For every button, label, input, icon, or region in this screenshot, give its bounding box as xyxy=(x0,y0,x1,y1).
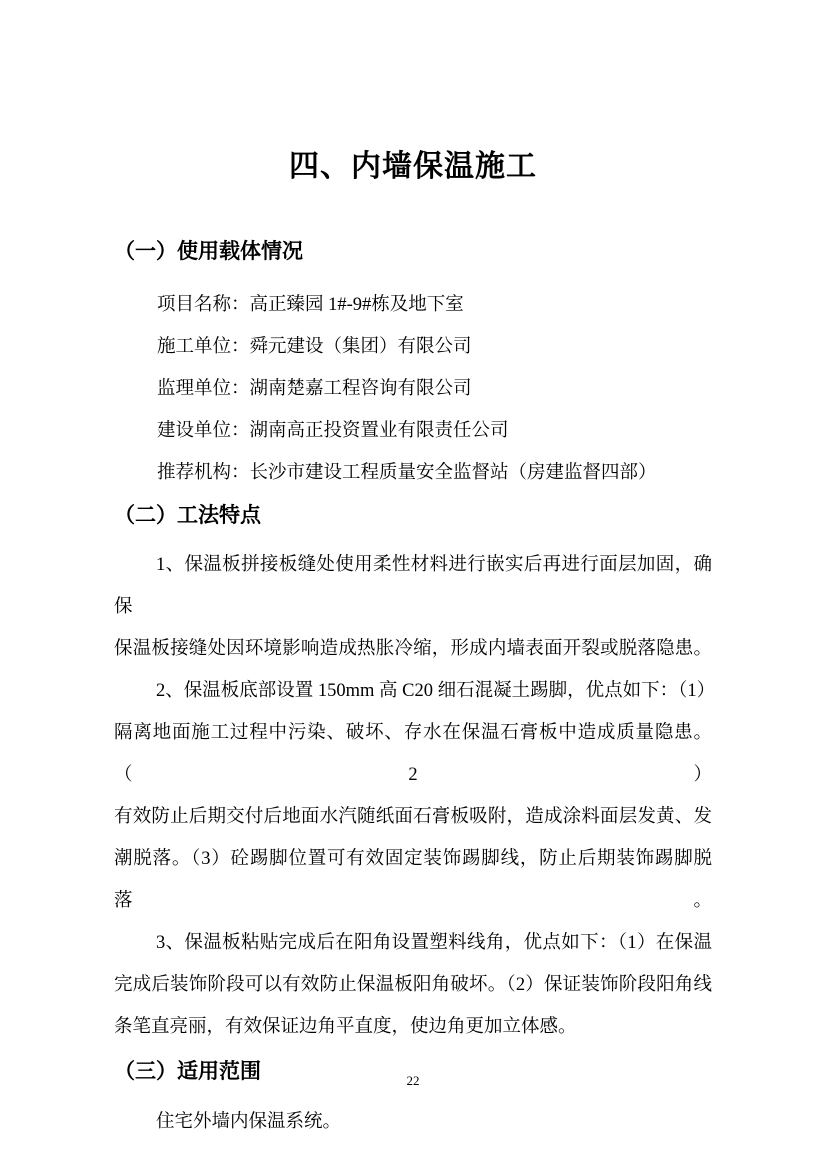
paragraph-line: 1、保温板拼接板缝处使用柔性材料进行嵌实后再进行面层加固，确保 xyxy=(114,544,712,628)
info-item-supervision-unit: 监理单位：湖南楚嘉工程咨询有限公司 xyxy=(157,368,712,410)
section-heading-carrier-info: （一）使用载体情况 xyxy=(114,239,712,265)
paragraph-line: 条笔直亮丽，有效保证边角平直度，使边角更加立体感。 xyxy=(114,1006,712,1048)
info-item-development-unit: 建设单位：湖南高正投资置业有限责任公司 xyxy=(157,410,712,452)
info-item-recommending-agency: 推荐机构：长沙市建设工程质量安全监督站（房建监督四部） xyxy=(157,452,712,494)
paragraph-line: 保温板接缝处因环境影响造成热胀冷缩，形成内墙表面开裂或脱落隐患。 xyxy=(114,628,712,670)
paragraph-line: 2、保温板底部设置 150mm 高 C20 细石混凝土踢脚，优点如下：（1） xyxy=(114,670,712,712)
method-feature-paragraph-3: 3、保温板粘贴完成后在阳角设置塑料线角，优点如下：（1）在保温 完成后装饰阶段可… xyxy=(114,922,712,1048)
paragraph-line: 3、保温板粘贴完成后在阳角设置塑料线角，优点如下：（1）在保温 xyxy=(114,922,712,964)
section-heading-method-features: （二）工法特点 xyxy=(114,503,712,529)
carrier-info-list: 项目名称：高正臻园 1#-9#栋及地下室 施工单位：舜元建设（集团）有限公司 监… xyxy=(157,284,712,494)
paragraph-line: 住宅外墙内保温系统。 xyxy=(114,1101,712,1143)
document-title: 四、内墙保温施工 xyxy=(114,145,712,189)
paragraph-line: 潮脱落。（3）砼踢脚位置可有效固定装饰踢脚线，防止后期装饰踢脚脱落。 xyxy=(114,838,712,922)
document-page: 四、内墙保温施工 （一）使用载体情况 项目名称：高正臻园 1#-9#栋及地下室 … xyxy=(0,0,826,1169)
method-feature-paragraph-2: 2、保温板底部设置 150mm 高 C20 细石混凝土踢脚，优点如下：（1） 隔… xyxy=(114,670,712,922)
application-scope-paragraph: 住宅外墙内保温系统。 xyxy=(114,1101,712,1143)
method-feature-paragraph-1: 1、保温板拼接板缝处使用柔性材料进行嵌实后再进行面层加固，确保 保温板接缝处因环… xyxy=(114,544,712,670)
page-number: 22 xyxy=(0,1071,826,1091)
paragraph-line: 有效防止后期交付后地面水汽随纸面石膏板吸附，造成涂料面层发黄、发 xyxy=(114,796,712,838)
paragraph-line: 完成后装饰阶段可以有效防止保温板阳角破坏。（2）保证装饰阶段阳角线 xyxy=(114,964,712,1006)
info-item-construction-unit: 施工单位：舜元建设（集团）有限公司 xyxy=(157,326,712,368)
info-item-project-name: 项目名称：高正臻园 1#-9#栋及地下室 xyxy=(157,284,712,326)
paragraph-line: 隔离地面施工过程中污染、破坏、存水在保温石膏板中造成质量隐患。（2） xyxy=(114,712,712,796)
